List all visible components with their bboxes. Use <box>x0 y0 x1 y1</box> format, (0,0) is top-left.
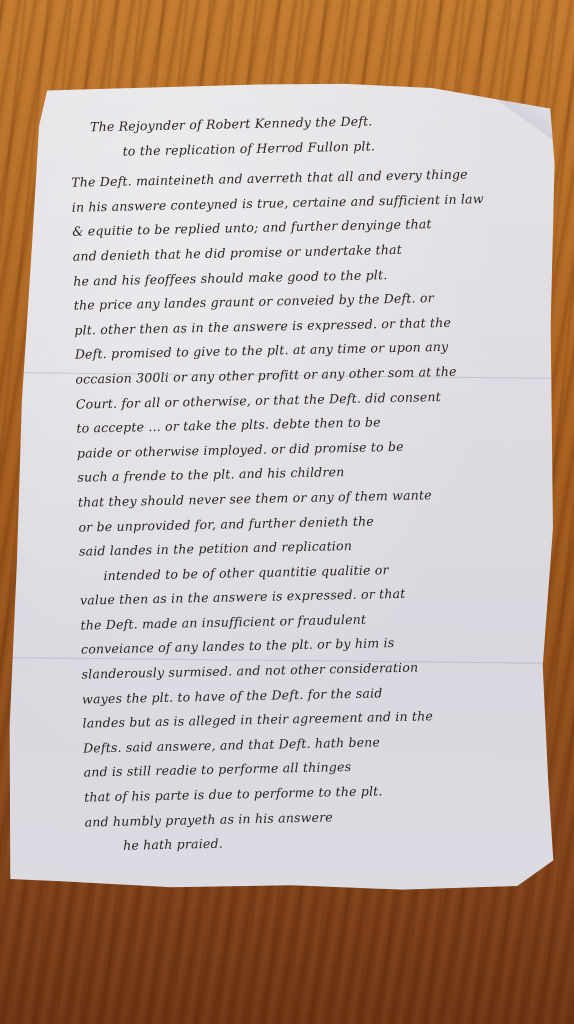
handwritten-text: The Rejoynder of Robert Kennedy the Deft… <box>70 106 555 859</box>
manuscript-page: The Rejoynder of Robert Kennedy the Deft… <box>6 77 564 893</box>
